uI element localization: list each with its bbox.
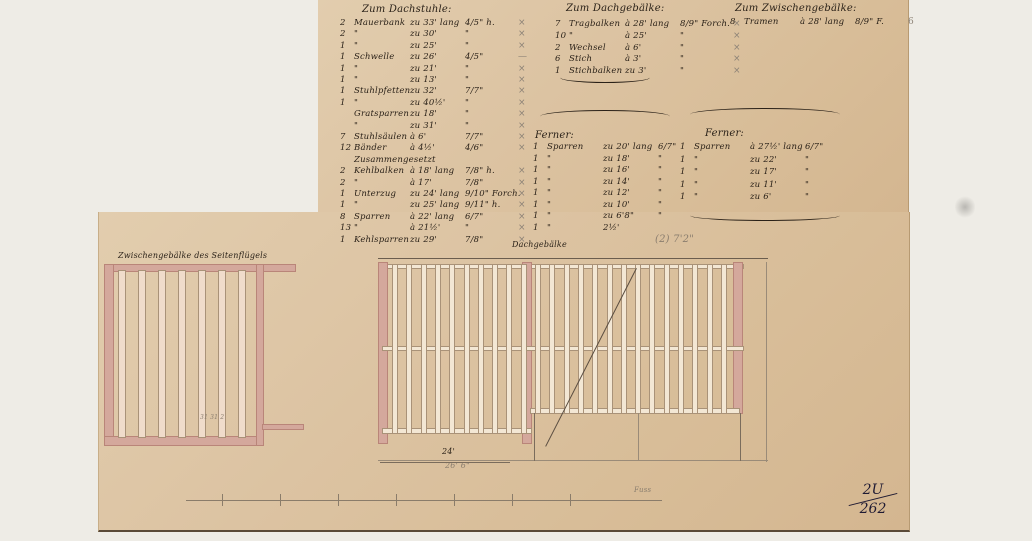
- joist: [435, 264, 441, 434]
- list-item-dim: ": [465, 63, 469, 75]
- list-item-size: à 22' lang: [410, 211, 454, 223]
- list-item-size: à 6': [625, 42, 641, 54]
- list-item-size: zu 6': [750, 191, 771, 203]
- scale-tick: [396, 494, 397, 506]
- list-item-item: ": [569, 30, 573, 42]
- check-mark-icon: ×: [518, 120, 526, 132]
- joist: [464, 264, 470, 434]
- list-item-size: zu 26': [410, 51, 437, 63]
- list-item-size: zu 31': [410, 120, 437, 132]
- list-item-item: Tramen: [744, 16, 779, 28]
- dimension-inner: 24': [442, 447, 455, 456]
- joist: [592, 264, 598, 414]
- check-mark-icon: ×: [518, 63, 526, 75]
- list-item-dim: 6/7": [658, 141, 676, 153]
- scale-tick: [512, 494, 513, 506]
- list-item-dim: 4/6": [465, 142, 483, 154]
- list-item-dim: ": [680, 53, 684, 65]
- list-item-dim: ": [465, 40, 469, 52]
- list-item-dim: 7/7": [465, 85, 483, 97]
- catalog-numerator: 2U: [863, 482, 884, 498]
- list-item-item: Sparren: [547, 141, 583, 153]
- check-mark-icon: ×: [733, 30, 741, 42]
- list-item-size: zu 6'8": [603, 210, 634, 222]
- list-item-qty: 6: [555, 53, 561, 65]
- list-item-size: 2½': [603, 222, 620, 234]
- list-item-dim: ": [805, 166, 809, 178]
- list-item-size: zu 14': [603, 176, 630, 188]
- check-mark-icon: ×: [733, 53, 741, 65]
- list-item-dim: ": [680, 42, 684, 54]
- list-item-qty: 10: [555, 30, 566, 42]
- list-item-dim: ": [658, 153, 662, 165]
- list-item-qty: 1: [340, 199, 346, 211]
- list-item-dim: ": [658, 199, 662, 211]
- joist: [158, 270, 166, 438]
- check-mark-icon: ×: [518, 188, 526, 200]
- list-item-size: zu 13': [410, 74, 437, 86]
- scale-unit-label: Fuss: [634, 486, 651, 494]
- check-mark-icon: ×: [518, 211, 526, 223]
- joist: [178, 270, 186, 438]
- list-item-qty: 1: [533, 153, 539, 165]
- list-title-ferner-1: Ferner:: [535, 130, 574, 141]
- list-item-dim: 4/5": [465, 51, 483, 63]
- list-item-size: zu 25': [410, 40, 437, 52]
- list-item-qty: 1: [680, 191, 686, 203]
- list-item-size: à 18' lang: [410, 165, 454, 177]
- joist: [392, 264, 398, 434]
- list-item-item: Stuhlsäulen: [354, 131, 407, 143]
- list-item-item: ": [354, 63, 358, 75]
- joist: [506, 264, 512, 434]
- dimension-line: [380, 462, 510, 463]
- check-mark-icon: ×: [518, 17, 526, 29]
- check-mark-icon: ×: [733, 65, 741, 77]
- list-item-dim: ": [658, 187, 662, 199]
- list-item-qty: 8: [730, 16, 736, 28]
- list-item-dim: ": [805, 191, 809, 203]
- pencil-note: (2) 7'2": [655, 234, 694, 245]
- list-item-size: à 21½': [410, 222, 440, 234]
- list-item-qty: 1: [340, 63, 346, 75]
- list-item-dim: ": [658, 164, 662, 176]
- list-item-item: Stuhlpfetten: [354, 85, 410, 97]
- list-item-item: ": [354, 28, 358, 40]
- joist: [564, 264, 570, 414]
- joist: [238, 270, 246, 438]
- list-item-size: zu 18': [603, 153, 630, 165]
- joist: [578, 264, 584, 414]
- check-mark-icon: —: [518, 51, 527, 63]
- list-item-size: zu 12': [603, 187, 630, 199]
- list-item-qty: 2: [340, 28, 346, 40]
- list-item-item: ": [694, 166, 698, 178]
- list-item-item: Stich: [569, 53, 592, 65]
- list-item-qty: 8: [340, 211, 346, 223]
- list-item-item: ": [547, 199, 551, 211]
- list-item-item: Bänder: [354, 142, 387, 154]
- joist: [549, 264, 555, 414]
- list-item-qty: 1: [680, 166, 686, 178]
- list-item-dim: ": [658, 176, 662, 188]
- check-mark-icon: 6: [908, 16, 914, 28]
- left-plan-drawing: [104, 264, 304, 454]
- list-item-qty: 1: [340, 74, 346, 86]
- list-item-qty: 1: [533, 222, 539, 234]
- joist: [678, 264, 684, 414]
- scale-tick: [222, 494, 223, 506]
- list-item-dim: ": [465, 108, 469, 120]
- list-item-item: Schwelle: [354, 51, 394, 63]
- list-item-qty: 1: [680, 154, 686, 166]
- check-mark-icon: ×: [518, 142, 526, 154]
- list-item-qty: 1: [340, 97, 346, 109]
- joist: [118, 270, 126, 438]
- joist: [406, 264, 412, 434]
- check-mark-icon: ×: [518, 28, 526, 40]
- list-item-item: ": [694, 191, 698, 203]
- list-item-size: à 27½' lang: [750, 141, 803, 153]
- joist: [218, 270, 226, 438]
- joist: [664, 264, 670, 414]
- list-item-size: zu 32': [410, 85, 437, 97]
- list-item-size: zu 24' lang: [410, 188, 459, 200]
- list-item-qty: 1: [340, 51, 346, 63]
- list-item-qty: 1: [533, 141, 539, 153]
- list-item-item: ": [547, 187, 551, 199]
- list-item-size: zu 10': [603, 199, 630, 211]
- list-item-item: Zusammengesetzt: [354, 154, 436, 166]
- scale-tick: [454, 494, 455, 506]
- list-item-size: zu 20' lang: [603, 141, 652, 153]
- list-item-dim: ": [465, 74, 469, 86]
- catalog-denominator: 262: [860, 501, 887, 517]
- list-item-item: Sparren: [354, 211, 390, 223]
- list-item-item: ": [547, 176, 551, 188]
- list-item-item: ": [354, 222, 358, 234]
- scale-tick: [570, 494, 571, 506]
- list-item-qty: 1: [533, 164, 539, 176]
- flourish-top-4: [540, 110, 670, 123]
- list-item-qty: 1: [340, 85, 346, 97]
- left-plan-title: Zwischengebälke des Seitenflügels: [118, 251, 267, 260]
- list-item-dim: ": [465, 120, 469, 132]
- list-item-item: Tragbalken: [569, 18, 620, 30]
- list-item-qty: 12: [340, 142, 351, 154]
- list-title-ferner-2: Ferner:: [705, 128, 744, 139]
- list-item-dim: 8/9" F.: [855, 16, 884, 28]
- joist: [198, 270, 206, 438]
- joist: [421, 264, 427, 434]
- list-item-item: ": [547, 153, 551, 165]
- list-title-dachgebaelke: Zum Dachgebälke:: [566, 3, 665, 14]
- joist: [521, 264, 527, 434]
- list-item-item: ": [354, 74, 358, 86]
- list-item-qty: 2: [340, 17, 346, 29]
- joist: [535, 264, 541, 414]
- check-mark-icon: ×: [518, 97, 526, 109]
- joist: [478, 264, 484, 434]
- check-mark-icon: ×: [518, 74, 526, 86]
- list-item-qty: 2: [555, 42, 561, 54]
- joist: [607, 264, 613, 414]
- check-mark-icon: ×: [518, 108, 526, 120]
- list-item-qty: 1: [340, 40, 346, 52]
- check-mark-icon: ×: [518, 131, 526, 143]
- joist: [692, 264, 698, 414]
- list-item-qty: 1: [680, 141, 686, 153]
- scale-tick: [338, 494, 339, 506]
- list-item-dim: ": [805, 154, 809, 166]
- list-item-item: Mauerbank: [354, 17, 405, 29]
- check-mark-icon: ×: [518, 177, 526, 189]
- list-item-size: à 17': [410, 177, 432, 189]
- joist: [649, 264, 655, 414]
- catalog-number: 2U 262: [848, 482, 898, 517]
- main-plan-drawing: [378, 258, 768, 468]
- list-item-size: zu 11': [750, 179, 777, 191]
- joist: [721, 264, 727, 414]
- list-item-item: ": [354, 177, 358, 189]
- list-item-qty: 1: [680, 179, 686, 191]
- list-item-dim: ": [465, 222, 469, 234]
- list-item-dim: 4/5" h.: [465, 17, 495, 29]
- joist: [707, 264, 713, 414]
- list-item-item: ": [694, 179, 698, 191]
- scale-tick: [280, 494, 281, 506]
- list-item-size: à 25': [625, 30, 647, 42]
- list-item-size: zu 21': [410, 63, 437, 75]
- list-item-item: Gratsparren: [354, 108, 409, 120]
- list-item-size: zu 17': [750, 166, 777, 178]
- list-item-item: Unterzug: [354, 188, 396, 200]
- list-item-size: zu 22': [750, 154, 777, 166]
- list-title-zwischengebaelke: Zum Zwischengebälke:: [735, 3, 857, 14]
- joist: [138, 270, 146, 438]
- flourish-bottom-5: [690, 210, 840, 221]
- joist: [635, 264, 641, 414]
- main-plan-title: Dachgebälke: [512, 240, 567, 249]
- list-item-size: à 3': [625, 53, 641, 65]
- list-item-item: ": [354, 120, 358, 132]
- check-mark-icon: ×: [518, 222, 526, 234]
- list-item-size: à 4½': [410, 142, 435, 154]
- list-item-dim: ": [465, 97, 469, 109]
- flourish-underline: [560, 72, 650, 83]
- list-item-item: Kehlbalken: [354, 165, 404, 177]
- list-item-item: ": [547, 164, 551, 176]
- list-item-dim: ": [658, 210, 662, 222]
- list-item-size: zu 33' lang: [410, 17, 459, 29]
- list-item-item: ": [354, 97, 358, 109]
- list-item-qty: 1: [533, 176, 539, 188]
- list-item-dim: 7/7": [465, 131, 483, 143]
- list-item-item: Sparren: [694, 141, 730, 153]
- list-item-item: ": [694, 154, 698, 166]
- list-item-qty: 1: [340, 234, 346, 246]
- list-item-dim: 9/11" h.: [465, 199, 500, 211]
- list-item-size: zu 29': [410, 234, 437, 246]
- check-mark-icon: ×: [733, 42, 741, 54]
- list-item-dim: 7/8": [465, 234, 483, 246]
- list-item-qty: 2: [340, 177, 346, 189]
- list-item-dim: ": [805, 179, 809, 191]
- list-item-dim: 8/9" Forch.: [680, 18, 730, 30]
- list-item-size: zu 18': [410, 108, 437, 120]
- list-item-size: zu 40½': [410, 97, 445, 109]
- list-item-item: Wechsel: [569, 42, 606, 54]
- joist: [449, 264, 455, 434]
- background-shadow: [955, 195, 975, 219]
- flourish-top-5: [690, 108, 840, 121]
- list-item-item: Kehlsparren: [354, 234, 409, 246]
- list-item-qty: 7: [340, 131, 346, 143]
- list-item-dim: 9/10" Forch.: [465, 188, 521, 200]
- list-item-item: ": [547, 210, 551, 222]
- list-item-dim: ": [680, 30, 684, 42]
- list-item-item: ": [547, 222, 551, 234]
- list-item-item: ": [354, 40, 358, 52]
- check-mark-icon: ×: [518, 85, 526, 97]
- joist: [492, 264, 498, 434]
- list-item-dim: 6/7": [465, 211, 483, 223]
- list-item-qty: 1: [340, 188, 346, 200]
- list-item-size: à 28' lang: [800, 16, 844, 28]
- list-item-dim: ": [680, 65, 684, 77]
- scale-bar: Fuss: [186, 494, 666, 508]
- list-item-qty: 2: [340, 165, 346, 177]
- list-item-qty: 1: [533, 199, 539, 211]
- list-item-dim: ": [465, 28, 469, 40]
- list-item-dim: 6/7": [805, 141, 823, 153]
- list-item-qty: 13: [340, 222, 351, 234]
- list-item-size: zu 30': [410, 28, 437, 40]
- list-item-qty: 1: [533, 187, 539, 199]
- list-item-size: à 28' lang: [625, 18, 669, 30]
- left-plan-label: 31 31 2: [200, 414, 224, 421]
- check-mark-icon: ×: [518, 165, 526, 177]
- list-item-dim: 7/8": [465, 177, 483, 189]
- check-mark-icon: ×: [518, 199, 526, 211]
- list-item-size: à 6': [410, 131, 426, 143]
- list-item-qty: 7: [555, 18, 561, 30]
- list-item-qty: 1: [533, 210, 539, 222]
- list-item-size: zu 16': [603, 164, 630, 176]
- list-item-size: zu 25' lang: [410, 199, 459, 211]
- list-title-dachstuhl: Zum Dachstuhle:: [362, 4, 452, 15]
- list-item-item: ": [354, 199, 358, 211]
- list-item-dim: 7/8" h.: [465, 165, 495, 177]
- check-mark-icon: ×: [518, 40, 526, 52]
